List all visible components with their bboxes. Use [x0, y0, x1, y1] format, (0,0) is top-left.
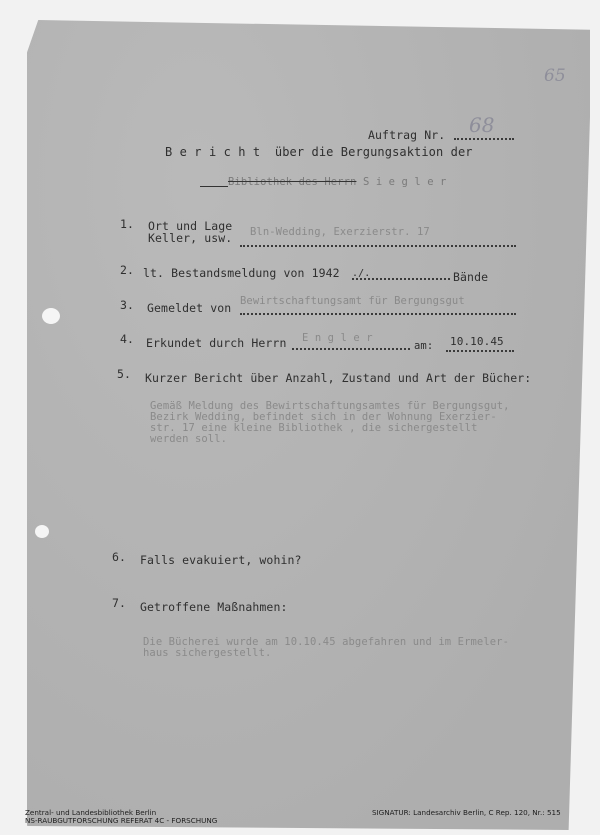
item-4-label: Erkundet durch Herrn [146, 336, 286, 350]
item-1-value: Bln-Wedding, Exerzierstr. 17 [250, 226, 430, 238]
item-4-date-value: 10.10.45 [450, 335, 504, 348]
item-3-label: Gemeldet von [147, 301, 231, 315]
item-1-number: 1. [120, 217, 134, 231]
item-5-number: 5. [117, 367, 131, 381]
item-3-value: Bewirtschaftungsamt für Bergungsgut [240, 295, 465, 307]
item-2-suffix: Bände [453, 270, 488, 284]
footer-signature: SIGNATUR: Landesarchiv Berlin, C Rep. 12… [372, 809, 561, 817]
item-2-label: lt. Bestandsmeldung von 1942 [143, 266, 340, 280]
item-6-label: Falls evakuiert, wohin? [140, 553, 302, 567]
item-2-field [352, 278, 450, 280]
item-3-field [240, 313, 516, 315]
folio-number: 65 [544, 66, 566, 86]
item-7-number: 7. [112, 596, 126, 610]
item-4-field [292, 348, 410, 350]
item-7-body-line: haus sichergestellt. [143, 647, 271, 659]
item-4-date-label: am: [414, 340, 433, 352]
subtitle-struck: Bibliothek des Herrn [228, 176, 356, 188]
item-5-body-line: werden soll. [150, 433, 227, 445]
footer-department: NS-RAUBGUTFORSCHUNG REFERAT 4C - FORSCHU… [25, 817, 217, 825]
item-1-field [240, 245, 516, 247]
item-7-label: Getroffene Maßnahmen: [140, 600, 288, 614]
item-3-number: 3. [120, 298, 134, 312]
item-4-value: E n g l e r [302, 332, 373, 344]
subtitle-name: S i e g l e r [363, 176, 446, 188]
item-1-label-2: Keller, usw. [148, 231, 232, 245]
item-2-number: 2. [120, 263, 134, 277]
punch-hole [35, 525, 49, 538]
item-6-number: 6. [112, 550, 126, 564]
order-label: Auftrag Nr. [368, 128, 445, 142]
punch-hole [42, 308, 60, 324]
item-5-label: Kurzer Bericht über Anzahl, Zustand und … [145, 371, 531, 385]
order-number-field [454, 138, 514, 140]
order-number: 68 [469, 113, 494, 137]
item-4-date-field [446, 350, 514, 352]
subtitle-strike-line [200, 186, 228, 187]
report-title: B e r i c h t über die Bergungsaktion de… [165, 145, 473, 159]
item-4-number: 4. [120, 332, 134, 346]
